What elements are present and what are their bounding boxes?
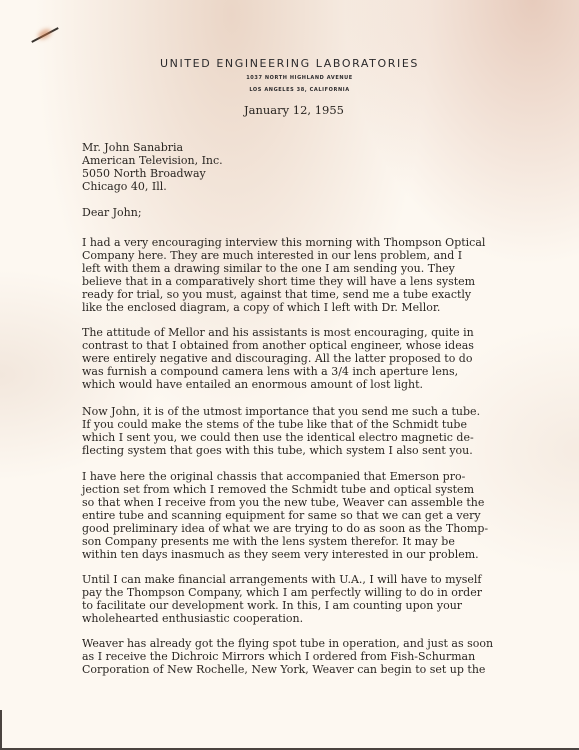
paragraph-2: The attitude of Mellor and his assistant… <box>82 326 474 391</box>
recipient-address: Mr. John Sanabria American Television, I… <box>82 141 542 193</box>
paragraph-4: I have here the original chassis that ac… <box>82 470 488 561</box>
recipient-line: Mr. John Sanabria <box>82 141 542 154</box>
text-line: contrast to that I obtained from another… <box>82 339 474 352</box>
text-line: Now John, it is of the utmost importance… <box>82 405 480 418</box>
recipient-line: American Television, Inc. <box>82 154 542 167</box>
letterhead-company: United Engineering Laboratories <box>0 57 579 70</box>
text-line: Weaver has already got the flying spot t… <box>82 637 493 650</box>
letterhead-address: 1037 North Highland Avenue <box>10 75 579 81</box>
text-line: entire tube and scanning equipment for s… <box>82 509 488 522</box>
text-line: ready for trial, so you must, against th… <box>82 288 485 301</box>
text-line: as I receive the Dichroic Mirrors which … <box>82 650 493 663</box>
text-line: believe that in a comparatively short ti… <box>82 275 485 288</box>
text-line: Company here. They are much interested i… <box>82 249 485 262</box>
text-line: which I sent you, we could then use the … <box>82 431 480 444</box>
text-line: I had a very encouraging interview this … <box>82 236 485 249</box>
text-line: like the enclosed diagram, a copy of whi… <box>82 301 485 314</box>
letterhead-city: Los Angeles 38, California <box>10 87 579 93</box>
page-edge-left <box>0 710 2 750</box>
text-line: which would have entailed an enormous am… <box>82 378 474 391</box>
recipient-line: 5050 North Broadway <box>82 167 542 180</box>
text-line: pay the Thompson Company, which I am per… <box>82 586 482 599</box>
text-line: Until I can make financial arrangements … <box>82 573 482 586</box>
letter-date: January 12, 1955 <box>244 103 344 117</box>
text-line: was furnish a compound camera lens with … <box>82 365 474 378</box>
text-line: If you could make the stems of the tube … <box>82 418 480 431</box>
text-line: son Company presents me with the lens sy… <box>82 535 488 548</box>
paragraph-1: I had a very encouraging interview this … <box>82 236 485 314</box>
text-line: were entirely negative and discouraging.… <box>82 352 474 365</box>
salutation: Dear John; <box>82 206 542 219</box>
text-line: jection set from which I removed the Sch… <box>82 483 488 496</box>
paragraph-3: Now John, it is of the utmost importance… <box>82 405 480 457</box>
text-line: I have here the original chassis that ac… <box>82 470 488 483</box>
text-line: The attitude of Mellor and his assistant… <box>82 326 474 339</box>
paragraph-6: Weaver has already got the flying spot t… <box>82 637 493 676</box>
text-line: left with them a drawing similar to the … <box>82 262 485 275</box>
text-line: within ten days inasmuch as they seem ve… <box>82 548 488 561</box>
text-line: flecting system that goes with this tube… <box>82 444 480 457</box>
text-line: wholehearted enthusiastic cooperation. <box>82 612 482 625</box>
text-line: so that when I receive from you the new … <box>82 496 488 509</box>
paragraph-5: Until I can make financial arrangements … <box>82 573 482 625</box>
text-line: to facilitate our development work. In t… <box>82 599 482 612</box>
recipient-line: Chicago 40, Ill. <box>82 180 542 193</box>
text-line: good preliminary idea of what we are try… <box>82 522 488 535</box>
text-line: Corporation of New Rochelle, New York, W… <box>82 663 493 676</box>
